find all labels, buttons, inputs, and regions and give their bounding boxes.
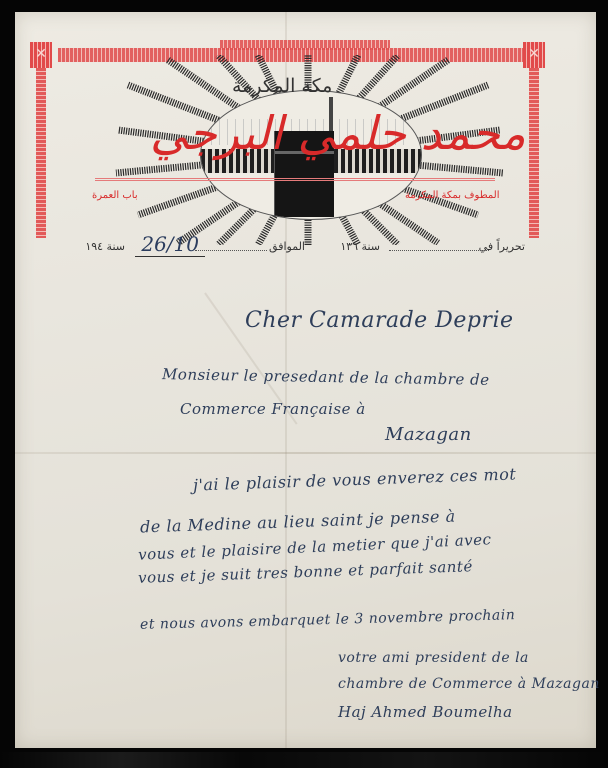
- letterhead-right-caption: المطوف بمكة المكرمة: [405, 190, 500, 201]
- corner-ornament-icon: ✕: [527, 45, 541, 63]
- letterhead-post-right: ✕: [523, 42, 545, 242]
- signature: Haj Ahmed Boumelha: [338, 703, 513, 721]
- letterhead-name: محمد حلمي البرجي: [150, 108, 526, 158]
- address-line: Commerce Française à: [180, 400, 366, 418]
- address-city: Mazagan: [385, 424, 472, 445]
- letterhead-post-left: ✕: [30, 42, 52, 242]
- fold-crease-horizontal: [15, 452, 596, 454]
- date-line: تحريراً في سنة ١٣٦ الموافق 26/10 سنة ١٩٤: [85, 236, 525, 258]
- scan-border: [0, 752, 608, 768]
- closing-line: votre ami president de la: [338, 650, 529, 666]
- letterhead-city: مكة المكرمة: [232, 75, 332, 97]
- closing-line: chambre de Commerce à Mazagan: [338, 676, 600, 692]
- hijri-date-blank: [195, 250, 267, 251]
- corner-ornament-icon: ✕: [34, 45, 48, 63]
- handwritten-date: 26/10: [135, 232, 205, 257]
- letterhead-red-rule: [95, 178, 495, 181]
- greeting: Cher Camarade Deprie: [245, 308, 514, 333]
- letterhead-left-caption: باب العمرة: [92, 190, 138, 201]
- corresponding-label: الموافق: [269, 240, 305, 253]
- hijri-year-label: سنة ١٣٦: [340, 240, 380, 253]
- written-at-label: تحريراً في: [479, 240, 525, 253]
- place-blank: [389, 250, 489, 251]
- ce-year-label: سنة ١٩٤: [85, 240, 125, 253]
